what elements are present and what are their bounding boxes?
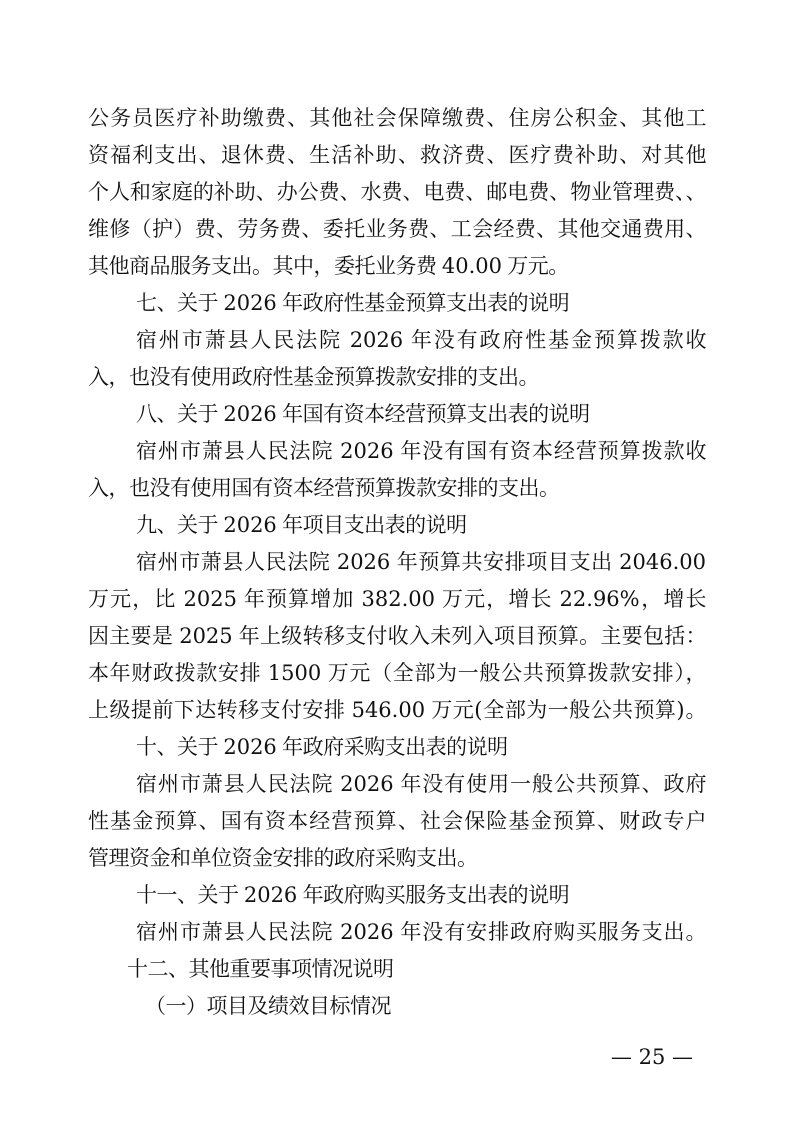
body-line-05: 其他商品服务支出。其中，委托业务费 40.00 万元。 [88,248,706,285]
heading-section-ten: 十、关于 2026 年政府采购支出表的说明 [88,729,706,766]
body-line-10: 宿州市萧县人民法院 2026 年没有国有资本经营预算拨款收 [88,433,706,470]
document-page: 公务员医疗补助缴费、其他社会保障缴费、住房公积金、其他工 资福利支出、退休费、生… [0,0,793,1122]
document-body: 公务员医疗补助缴费、其他社会保障缴费、住房公积金、其他工 资福利支出、退休费、生… [88,100,706,1025]
body-line-15: 因主要是 2025 年上级转移支付收入未列入项目预算。主要包括： [88,618,706,655]
body-line-17: 上级提前下达转移支付安排 546.00 万元(全部为一般公共预算)。 [88,692,706,729]
body-line-08: 入，也没有使用政府性基金预算拨款安排的支出。 [88,359,706,396]
body-line-16: 本年财政拨款安排 1500 万元（全部为一般公共预算拨款安排）， [88,655,706,692]
body-line-21: 管理资金和单位资金安排的政府采购支出。 [88,840,706,877]
page-number: — 25 — [611,1044,693,1070]
body-line-13: 宿州市萧县人民法院 2026 年预算共安排项目支出 2046.00 [88,544,706,581]
heading-section-seven: 七、关于 2026 年政府性基金预算支出表的说明 [88,285,706,322]
body-line-11: 入，也没有使用国有资本经营预算拨款安排的支出。 [88,470,706,507]
body-line-07: 宿州市萧县人民法院 2026 年没有政府性基金预算拨款收 [88,322,706,359]
subheading-projects-performance: （一）项目及绩效目标情况 [88,988,706,1025]
body-line-20: 性基金预算、国有资本经营预算、社会保险基金预算、财政专户 [88,803,706,840]
body-line-14: 万元，比 2025 年预算增加 382.00 万元，增长 22.96%，增长（原 [88,581,706,618]
body-line-04: 维修（护）费、劳务费、委托业务费、工会经费、其他交通费用、 [88,211,706,248]
body-line-23: 宿州市萧县人民法院 2026 年没有安排政府购买服务支出。 [88,914,706,951]
body-line-03: 个人和家庭的补助、办公费、水费、电费、邮电费、物业管理费、、 [88,174,706,211]
body-line-01: 公务员医疗补助缴费、其他社会保障缴费、住房公积金、其他工 [88,100,706,137]
body-line-02: 资福利支出、退休费、生活补助、救济费、医疗费补助、对其他 [88,137,706,174]
heading-section-eight: 八、关于 2026 年国有资本经营预算支出表的说明 [88,396,706,433]
heading-section-twelve: 十二、其他重要事项情况说明 [88,951,706,988]
heading-section-nine: 九、关于 2026 年项目支出表的说明 [88,507,706,544]
body-line-19: 宿州市萧县人民法院 2026 年没有使用一般公共预算、政府 [88,766,706,803]
heading-section-eleven: 十一、关于 2026 年政府购买服务支出表的说明 [88,877,706,914]
